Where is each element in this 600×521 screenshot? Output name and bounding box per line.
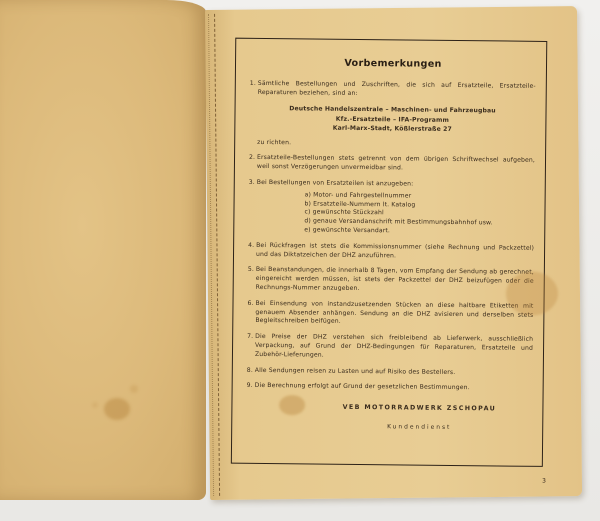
photo-scene: Vorbemerkungen 1. Sämtliche Bestellungen… — [0, 0, 600, 521]
binding-stitches — [214, 14, 220, 496]
left-page — [0, 0, 206, 500]
text-frame: Vorbemerkungen 1. Sämtliche Bestellungen… — [231, 38, 547, 467]
list-item-9: 9. Die Berechnung erfolgt auf Grund der … — [247, 382, 533, 394]
department-label: Kundendienst — [246, 422, 532, 434]
address-closing: zu richten. — [257, 139, 535, 151]
list-item-5: 5. Bei Beanstandungen, die innerhalb 8 T… — [248, 266, 534, 295]
address-block: Deutsche Handelszentrale – Maschinen- un… — [249, 104, 535, 135]
list-item-8: 8. Alle Sendungen reisen zu Lasten und a… — [247, 366, 533, 378]
document-content: Vorbemerkungen 1. Sämtliche Bestellungen… — [246, 59, 536, 434]
water-stain — [92, 402, 98, 408]
list-item-3: 3. Bei Bestellungen von Ersatzteilen ist… — [248, 179, 535, 238]
binding-edge — [208, 14, 214, 496]
water-stain — [506, 271, 558, 316]
page-title: Vorbemerkungen — [250, 59, 536, 71]
list-item-4: 4. Bei Rückfragen ist stets die Kommissi… — [248, 242, 534, 263]
list-item-2: 2. Ersatzteile-Bestellungen stets getren… — [249, 154, 535, 175]
list-item-6: 6. Bei Einsendung von instandzusetzenden… — [247, 300, 533, 329]
water-stain — [130, 385, 138, 393]
list-item-1: 1. Sämtliche Bestellungen und Zuschrifte… — [250, 80, 536, 101]
page-number: 3 — [542, 477, 546, 484]
order-requirements-list: a) Motor- und Fahrgestellnummer b) Ersat… — [304, 191, 534, 237]
water-stain — [104, 398, 130, 420]
list-item-7: 7. Die Preise der DHZ verstehen sich fre… — [247, 333, 533, 362]
right-page: Vorbemerkungen 1. Sämtliche Bestellungen… — [205, 6, 582, 500]
